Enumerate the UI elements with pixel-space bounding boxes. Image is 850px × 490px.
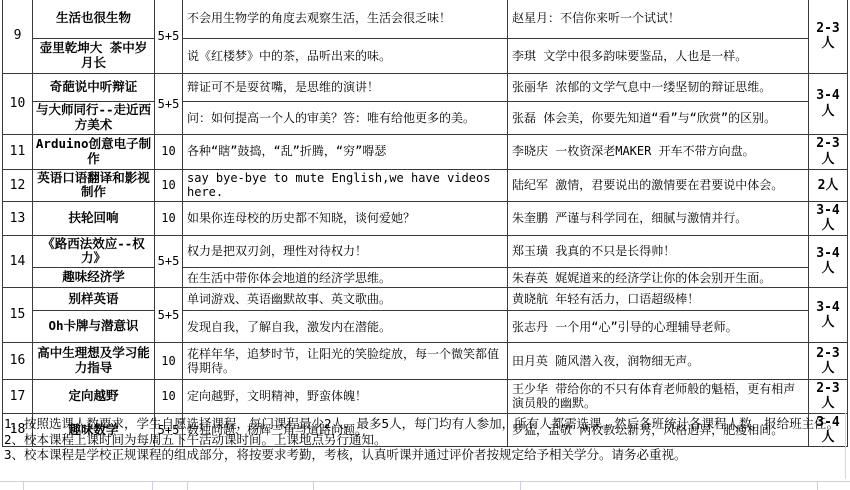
class-size-cell: 3-4人 — [809, 235, 848, 288]
class-size-cell: 3-4人 — [809, 202, 848, 236]
note-line-2: 2、校本课程上课时间为每周五下午活动课时间。上课地点另行通知。 — [4, 432, 844, 448]
course-name-cell: 奇葩说中听辩证 — [33, 74, 155, 102]
class-size-cell: 2-3人 — [809, 343, 848, 380]
table-row: 趣味经济学在生活中带你体会地道的经济学思维。朱春英 娓娓道来的经济学让你的体会别… — [3, 268, 848, 288]
course-name-cell: 扶轮回响 — [33, 202, 155, 236]
class-size-cell: 2-3人 — [809, 134, 848, 169]
background-grid-tick — [23, 482, 24, 490]
table-row: 壶里乾坤大 茶中岁月长说《红楼梦》中的茶，品听出来的味。李琪 文学中很多韵味要鉴… — [3, 39, 848, 74]
course-description-cell: 说《红楼梦》中的茶，品听出来的味。 — [183, 39, 508, 74]
course-name-cell: 壶里乾坤大 茶中岁月长 — [33, 39, 155, 74]
course-description-cell: 发现自我，了解自我，激发内在潜能。 — [183, 311, 508, 343]
row-number-cell: 10 — [3, 74, 33, 135]
table-row: 11Arduino创意电子制作10各种“瞎”鼓捣，“乱”折腾，“穷”嘚瑟李晓庆 … — [3, 134, 848, 169]
teacher-comment-cell: 张丽华 浓郁的文学气息中一缕坚韧的辩证思维。 — [508, 74, 809, 102]
teacher-comment-cell: 李琪 文学中很多韵味要鉴品，人也是一样。 — [508, 39, 809, 74]
row-number-cell: 14 — [3, 235, 33, 288]
course-description-cell: 如果你连母校的历史都不知晓，谈何爱她？ — [183, 202, 508, 236]
course-hours-cell: 10 — [155, 134, 183, 169]
teacher-comment-cell: 朱奎鹏 严谨与科学同在，细腻与激情并行。 — [508, 202, 809, 236]
teacher-comment-cell: 张磊 体会美，你要先知道“看”与“欣赏”的区别。 — [508, 102, 809, 135]
background-grid-tick — [152, 482, 153, 490]
table-row: 17定向越野10定向越野，文明精神，野蛮体魄！王少华 带给你的不只有体育老师般的… — [3, 380, 848, 414]
course-hours-cell: 5+5 — [155, 235, 183, 288]
teacher-comment-cell: 黄晓航 年轻有活力，口语超级棒！ — [508, 288, 809, 311]
row-number-cell: 16 — [3, 343, 33, 380]
course-name-cell: 英语口语翻译和影视制作 — [33, 169, 155, 202]
course-description-cell: 定向越野，文明精神，野蛮体魄！ — [183, 380, 508, 414]
teacher-comment-cell: 田月英 随风潜入夜，润物细无声。 — [508, 343, 809, 380]
teacher-comment-cell: 郑玉璜 我真的不只是长得帅！ — [508, 235, 809, 268]
course-description-cell: 各种“瞎”鼓捣，“乱”折腾，“穷”嘚瑟 — [183, 134, 508, 169]
course-name-cell: 趣味经济学 — [33, 268, 155, 288]
teacher-comment-cell: 赵星月：不信你来听一个试试！ — [508, 0, 809, 39]
spreadsheet-page: 9生活也很生物5+5不会用生物学的角度去观察生活，生活会很乏味！赵星月：不信你来… — [0, 0, 850, 490]
table-row: 12英语口语翻译和影视制作10say bye-bye to mute Engli… — [3, 169, 848, 202]
course-name-cell: Oh卡牌与潜意识 — [33, 311, 155, 343]
class-size-cell: 3-4人 — [809, 74, 848, 135]
background-grid-line — [0, 481, 850, 482]
course-description-cell: 在生活中带你体会地道的经济学思维。 — [183, 268, 508, 288]
table-row: 10奇葩说中听辩证5+5辩证可不是耍贫嘴，是思维的演讲！张丽华 浓郁的文学气息中… — [3, 74, 848, 102]
course-hours-cell: 10 — [155, 380, 183, 414]
course-name-cell: 与大师同行--走近西方美术 — [33, 102, 155, 135]
row-number-cell: 17 — [3, 380, 33, 414]
table-row: 13扶轮回响10如果你连母校的历史都不知晓，谈何爱她？朱奎鹏 严谨与科学同在，细… — [3, 202, 848, 236]
notes-block: 1、按照选课人数要求，学生自愿选择课程，每门课程最少2人，最多5人，每门均有人参… — [4, 416, 844, 463]
background-grid-tick — [520, 482, 521, 490]
note-line-1: 1、按照选课人数要求，学生自愿选择课程，每门课程最少2人，最多5人，每门均有人参… — [4, 416, 844, 432]
course-description-cell: 单词游戏、英语幽默故事、英文歌曲。 — [183, 288, 508, 311]
class-size-cell: 2-3人 — [809, 0, 848, 74]
teacher-comment-cell: 陆纪军 激情，君要说出的激情要在君要说中体会。 — [508, 169, 809, 202]
course-description-cell: say bye-bye to mute English,we have vide… — [183, 169, 508, 202]
course-description-cell: 问：如何提高一个人的审美？答：唯有给他更多的美。 — [183, 102, 508, 135]
course-description-cell: 权力是把双刃剑，理性对待权力！ — [183, 235, 508, 268]
table-row: 9生活也很生物5+5不会用生物学的角度去观察生活，生活会很乏味！赵星月：不信你来… — [3, 0, 848, 39]
background-grid-tick — [817, 482, 818, 490]
class-size-cell: 3-4人 — [809, 288, 848, 343]
course-description-cell: 辩证可不是耍贫嘴，是思维的演讲！ — [183, 74, 508, 102]
course-name-cell: 《路西法效应--权力》 — [33, 235, 155, 268]
class-size-cell: 2人 — [809, 169, 848, 202]
class-size-cell: 2-3人 — [809, 380, 848, 414]
course-description-cell: 花样年华，追梦时节，让阳光的笑脸绽放，每一个微笑都值得期待。 — [183, 343, 508, 380]
course-hours-cell: 5+5 — [155, 0, 183, 74]
row-number-cell: 13 — [3, 202, 33, 236]
course-name-cell: 定向越野 — [33, 380, 155, 414]
table-row: 14《路西法效应--权力》5+5权力是把双刃剑，理性对待权力！郑玉璜 我真的不只… — [3, 235, 848, 268]
course-hours-cell: 5+5 — [155, 74, 183, 135]
teacher-comment-cell: 朱春英 娓娓道来的经济学让你的体会别开生面。 — [508, 268, 809, 288]
table-row: 15别样英语5+5单词游戏、英语幽默故事、英文歌曲。黄晓航 年轻有活力，口语超级… — [3, 288, 848, 311]
table-row: 与大师同行--走近西方美术问：如何提高一个人的审美？答：唯有给他更多的美。张磊 … — [3, 102, 848, 135]
course-hours-cell: 10 — [155, 343, 183, 380]
note-line-3: 3、校本课程是学校正规课程的组成部分，将按要求考勤，考核，认真听课并通过评价者按… — [4, 447, 844, 463]
course-name-cell: 生活也很生物 — [33, 0, 155, 39]
row-number-cell: 15 — [3, 288, 33, 343]
table-row: Oh卡牌与潜意识发现自我，了解自我，激发内在潜能。张志丹 一个用“心”引导的心理… — [3, 311, 848, 343]
background-grid-line-right — [845, 413, 846, 479]
course-name-cell: Arduino创意电子制作 — [33, 134, 155, 169]
course-description-cell: 不会用生物学的角度去观察生活，生活会很乏味！ — [183, 0, 508, 39]
teacher-comment-cell: 张志丹 一个用“心”引导的心理辅导老师。 — [508, 311, 809, 343]
course-table: 9生活也很生物5+5不会用生物学的角度去观察生活，生活会很乏味！赵星月：不信你来… — [2, 0, 848, 447]
table-row: 16高中生理想及学习能力指导10花样年华，追梦时节，让阳光的笑脸绽放，每一个微笑… — [3, 343, 848, 380]
row-number-cell: 12 — [3, 169, 33, 202]
course-hours-cell: 10 — [155, 169, 183, 202]
background-grid-tick — [313, 482, 314, 490]
background-grid-tick — [187, 482, 188, 490]
row-number-cell: 11 — [3, 134, 33, 169]
course-hours-cell: 10 — [155, 202, 183, 236]
teacher-comment-cell: 王少华 带给你的不只有体育老师般的魁梧，更有相声演员般的幽默。 — [508, 380, 809, 414]
course-hours-cell: 5+5 — [155, 288, 183, 343]
course-name-cell: 别样英语 — [33, 288, 155, 311]
row-number-cell: 9 — [3, 0, 33, 74]
teacher-comment-cell: 李晓庆 一枚资深老MAKER 开车不带方向盘。 — [508, 134, 809, 169]
course-name-cell: 高中生理想及学习能力指导 — [33, 343, 155, 380]
